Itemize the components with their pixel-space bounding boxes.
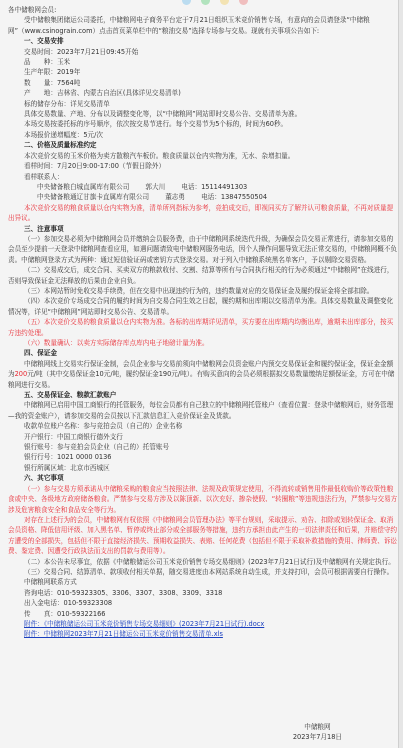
section-4-title: 四、保证金 [8,348,398,358]
bank-region: 银行所属区域：北京市西城区 [8,463,398,473]
quantity: 数 量：7564吨 [8,78,398,88]
dot-icon [220,0,229,5]
account-name: 收款单位账户名称：参与竞拍会员（自己的）企业名称 [8,421,398,431]
notice-item: （一）参加交易必须为中储粮网会员并缴纳会员服务费，由于中储粮网系统迭代升级，为确… [8,234,398,265]
signature: 中储粮网 2023年7月18日 [293,722,342,743]
window-dots [182,0,248,5]
fax: 传 真：010-59322166 [8,609,398,619]
other-item: （三）交易合同、结算清单、款项收付相关单据，随交易进度由本网站系统自动生成，并支… [8,567,398,577]
section-5-title: 五、交易保证金、粮款汇款账户 [8,390,398,400]
bank: 开户银行：中国工商银行德外支行 [8,432,398,442]
contact-company: 中央储备粮白城直属库有限公司 [37,183,129,191]
contact-row: 中央储备粮通辽甘旗卡直属库有限公司 董志勇 电话：13847550504 [8,192,398,202]
inspection-contacts-label: 看样联系人： [8,172,398,182]
inspection-time: 看样时间：7月20日9:00-17:00（节假日除外） [8,161,398,171]
production-year: 生产年限：2019年 [8,67,398,77]
scrollbar[interactable] [398,0,403,748]
variety: 品 种：玉米 [8,57,398,67]
deposit-paragraph: 中储粮网线上交易实行保证金制，会员企业参与交易前须向中储粮网会员资金账户内预交交… [8,359,398,390]
attachment-list-link[interactable]: 附件：中储粮网2023年7月21日储运公司玉米竞价销售交易清单.xls [8,629,398,639]
notice-item-red: （六）数量确认：以卖方实际储存库点库内电子地磅计量为准。 [8,338,398,348]
contact-title: 中储粮网联系方式 [8,577,398,587]
price-basis: 本次竞价交易的玉米价格为卖方散粮汽车板价。粮食质量以仓内实物为准，无水、杂增扣量… [8,151,398,161]
quantity-note: 具体交易数量、产地、分布以及调整变化等，以“中储粮网”网站即时交易公告、交易清单… [8,109,398,119]
account-number: 银行账号：参与竞拍会员企业（自己的）托管账号 [8,442,398,452]
intro-paragraph: 受中储粮集团储运公司委托，中储粮网电子商务平台定于7月21日组织玉米竞价销售专场… [8,15,398,36]
attachment-rules-link[interactable]: 附件：《中储粮储运公司玉米竞价销售专场交易细则》(2023年7月21日试行).d… [8,619,398,629]
order-note: 本场交易按委托标的序号顺序，依次按交易节进行。每个交易节为5个标的，时间为60秒… [8,119,398,129]
notice-item-red: （五）本次竞价交易的粮食质量以仓内实物为准。各标的出库期详见清单，买方要在出库期… [8,317,398,338]
quality-warning: 本次竞价交易的粮食质量以仓内实物为准，清单所列指标为参考，竞拍成交后，即视同买方… [8,203,398,224]
origin: 产 地：吉林省、内蒙古自治区(具体详见交易清单) [8,88,398,98]
announcement-document: 各中储粮网会员: 受中储粮集团储运公司委托，中储粮网电子商务平台定于7月21日组… [0,0,398,748]
other-item-red: （一）参与交易方须承诺从中储粮采购的粮食应当按照法律、法规及政策规定使用，不得流… [8,484,398,515]
storage-distribution: 标的储存分布：详见交易清单 [8,99,398,109]
contact-name: 董志勇 [165,193,185,201]
contact-phone: 电话：13847550504 [201,193,267,201]
signature-date: 2023年7月18日 [293,732,342,742]
deposit-amount: 200 [15,370,28,378]
other-item-red: 对存在上述行为的会员，中储粮网有权依照《中储粮网会员管理办法》等平台规则，采取提… [8,515,398,557]
consult-phone: 咨询电话：010-59323305、3306、3307、3308、3309、33… [8,588,398,598]
section-2-title: 二、价格及质量标准约定 [8,140,398,150]
notice-item: （四）本次竞价专场成交合同的履约时间为自交易合同生效之日起，履约期和出库期以交易… [8,296,398,317]
custody-paragraph: 中储粮网已启用中国工商银行的托管服务，每位会员都有自己独立的中储粮网托管账户（查… [8,400,398,421]
notice-item: （三）本网站暂时免收交易手续费，但在交易中出现违约行为的，违约数量对应的交易保证… [8,286,398,296]
bid-increment: 本场报价递增幅度：5元/次 [8,130,398,140]
contact-name: 郭大川 [145,183,165,191]
trade-time: 交易时间：2023年7月21日09:45开始 [8,47,398,57]
contact-company: 中央储备粮通辽甘旗卡直属库有限公司 [37,193,149,201]
section-6-title: 六、其它事项 [8,473,398,483]
dot-icon [239,0,248,5]
notice-item: （二）交易成交后，成交合同、买卖双方的粮款收付、交割、结算等所有与合同执行相关的… [8,265,398,286]
contact-phone: 电话：15114491303 [181,183,247,191]
other-item: （二）本公告未尽事宜，依据《中储粮储运公司玉米竞价销售专场交易细则》(2023年… [8,557,398,567]
deposit-text: 元/吨（其中交易保证金10元/吨，履约保证金190元/吨）。有购买意向的会员必须… [8,370,394,388]
section-3-title: 三、注意事项 [8,224,398,234]
signature-org: 中储粮网 [293,722,342,732]
contact-row: 中央储备粮白城直属库有限公司 郭大川 电话：15114491303 [8,182,398,192]
dot-icon [201,0,210,5]
bank-code: 银行行号：1021 0000 0136 [8,452,398,462]
funds-phone: 出入金电话：010-59323308 [8,598,398,608]
greeting: 各中储粮网会员: [8,5,398,15]
dot-icon [182,0,191,5]
section-1-title: 一、交易安排 [8,36,398,46]
